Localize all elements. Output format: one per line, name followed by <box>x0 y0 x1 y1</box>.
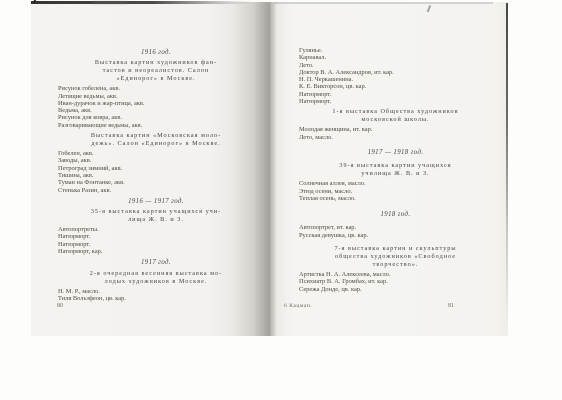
exhibition-title-line: дежь». Салон «Единорог» в Москве. <box>58 140 254 148</box>
exhibition-title: 2-я очередная весенняя выставка мо- лоды… <box>58 270 254 286</box>
work-entry: Разговаривающие ведьмы, акв. <box>58 122 254 129</box>
work-entry: Сережа Донде, цв. кар. <box>299 286 492 293</box>
exhibition-title-line: общества художников «Свободное <box>299 253 492 261</box>
works-list: Гобелен, акв. Заводы, акв. Петроград зим… <box>58 150 254 194</box>
exhibition-title-line: училища Ж. В. и З. <box>299 170 492 178</box>
exhibition-title-line: 39-я выставка картин учащихся <box>299 162 492 170</box>
exhibition-title-line: Выставка картин художников фан- <box>58 59 254 67</box>
right-page: Гулянье. Карнавал. Лето. Доктор В. А. Ал… <box>270 2 508 336</box>
left-page: 1916 год. Выставка картин художников фан… <box>31 2 270 336</box>
work-entry: Доктор В. А. Александров, ит. кар. <box>299 69 492 76</box>
book-right-edge <box>506 3 508 323</box>
exhibition-title-line: Выставка картин «Московская моло- <box>58 132 254 140</box>
work-entry: Летящие ведьмы, акв. <box>58 93 254 100</box>
work-entry: Солнечная аллея, масло. <box>299 180 492 187</box>
work-entry: Артистка Н. А. Алексеева, масло. <box>299 271 492 278</box>
exhibition-title-line: лища Ж. В. и З. <box>58 216 254 224</box>
exhibition-title: Выставка картин «Московская моло- дежь».… <box>58 132 254 148</box>
exhibition-title-line: творчество». <box>299 261 492 269</box>
work-entry: Тиля Вользфеон, цв. кар. <box>58 295 254 302</box>
exhibition-title-line: 2-я очередная весенняя выставка мо- <box>58 270 254 278</box>
exhibition-title-line: московской школы. <box>299 116 492 124</box>
scanned-book-photo: { "book": { "left_page": { "page_number"… <box>0 0 562 400</box>
exhibition-title: 7-я выставка картин и скульптуры обществ… <box>299 245 492 269</box>
work-entry: Н. П. Черкашенина. <box>299 76 492 83</box>
exhibition-title-line: тастов и неореалистов. Салон <box>58 67 254 75</box>
signature-mark: 6 Кацман. <box>284 303 312 309</box>
exhibition-title: 39-я выставка картин учащихся училища Ж.… <box>299 162 492 178</box>
works-list: Автопортреты. Натюрморт. Натюрморт. Натю… <box>58 226 254 255</box>
year-heading: 1918 год. <box>299 211 492 218</box>
works-list: Молодая женщина, ит. кар. Лето, масло. <box>299 126 492 141</box>
work-entry: Туман на Фонтанке, акв. <box>58 179 254 186</box>
work-entry: Теплая осень, масло. <box>299 195 492 202</box>
works-list: Автопортрет, ит. кар. Русская девушка, ц… <box>299 224 492 239</box>
work-entry: Лето. <box>299 62 492 69</box>
right-page-text: Гулянье. Карнавал. Лето. Доктор В. А. Ал… <box>270 2 508 293</box>
work-entry: Натюрморт. <box>58 233 254 240</box>
year-heading: 1917 год. <box>58 259 254 266</box>
works-list: Солнечная аллея, масло. Этюд осени, масл… <box>299 180 492 202</box>
left-page-text: 1916 год. Выставка картин художников фан… <box>31 2 270 302</box>
works-list: Н. М. Р., масло. Тиля Вользфеон, цв. кар… <box>58 288 254 303</box>
year-heading: 1916 год. <box>58 49 254 56</box>
exhibition-title-line: 1-я выставка Общества художников <box>299 108 492 116</box>
year-heading: 1917 — 1918 год. <box>299 149 492 156</box>
work-entry: Русская девушка, цв. кар. <box>299 232 492 239</box>
work-entry: Рисунок для ковра, акв. <box>58 114 254 121</box>
page-number: 81 <box>448 303 454 309</box>
work-entry: Гулянье. <box>299 47 492 54</box>
work-entry: Ведьма, акв. <box>58 107 254 114</box>
work-entry: Молодая женщина, ит. кар. <box>299 126 492 133</box>
works-list: Рисунок гобелена, акв. Летящие ведьмы, а… <box>58 85 254 129</box>
work-entry: Натюрморт. <box>58 241 254 248</box>
work-entry: Автопортрет, ит. кар. <box>299 224 492 231</box>
works-list: Артистка Н. А. Алексеева, масло. Психиат… <box>299 271 492 293</box>
exhibition-title: 1-я выставка Общества художников московс… <box>299 108 492 124</box>
work-entry: Тишина, акв. <box>58 172 254 179</box>
works-list: Гулянье. Карнавал. Лето. Доктор В. А. Ал… <box>299 47 492 105</box>
work-entry: Иван-дурачок и жар-птица, акв. <box>58 100 254 107</box>
work-entry: Этюд осени, масло. <box>299 188 492 195</box>
work-entry: Заводы, акв. <box>58 157 254 164</box>
work-entry: Карнавал. <box>299 54 492 61</box>
work-entry: Натюрморт. <box>299 98 492 105</box>
work-entry: К. Е. Викторсон, цв. кар. <box>299 83 492 90</box>
work-entry: Рисунок гобелена, акв. <box>58 85 254 92</box>
work-entry: Стенька Разин, акв. <box>58 187 254 194</box>
exhibition-title: 35-я выставка картин учащихся учи- лища … <box>58 208 254 224</box>
work-entry: Автопортреты. <box>58 226 254 233</box>
exhibition-title-line: 7-я выставка картин и скульптуры <box>299 245 492 253</box>
year-heading: 1916 — 1917 год. <box>58 198 254 205</box>
work-entry: Натюрморт, кар. <box>58 248 254 255</box>
exhibition-title: Выставка картин художников фан- тастов и… <box>58 59 254 83</box>
exhibition-title-line: «Единорог» в Москве. <box>58 75 254 83</box>
work-entry: Гобелен, акв. <box>58 150 254 157</box>
page-number: 80 <box>57 303 63 309</box>
work-entry: Психиатр В. А. Громбах, ит. кар. <box>299 278 492 285</box>
work-entry: Петроград зимний, акв. <box>58 165 254 172</box>
work-entry: Лето, масло. <box>299 134 492 141</box>
book-spread: 1916 год. Выставка картин художников фан… <box>31 2 508 336</box>
work-entry: Натюрморт. <box>299 91 492 98</box>
exhibition-title-line: лодых художников в Москве. <box>58 278 254 286</box>
exhibition-title-line: 35-я выставка картин учащихся учи- <box>58 208 254 216</box>
work-entry: Н. М. Р., масло. <box>58 288 254 295</box>
